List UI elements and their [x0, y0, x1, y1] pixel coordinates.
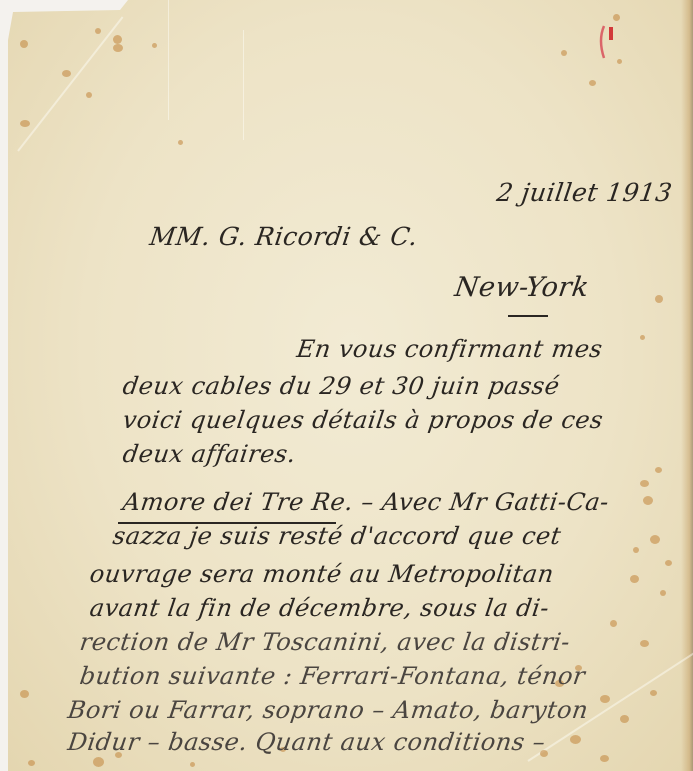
place-underline — [508, 315, 548, 317]
body-line-10: bution suivante : Ferrari-Fontana, ténor — [78, 662, 587, 690]
letter-addressee: MM. G. Ricordi & C. — [148, 222, 420, 251]
red-archive-mark-icon — [598, 22, 616, 62]
body-line-4: deux affaires. — [121, 440, 298, 468]
body-line-5-heading: Amore dei Tre Re. – Avec Mr Gatti-Ca- — [121, 488, 611, 516]
fold-crease — [17, 16, 123, 151]
fold-crease — [168, 0, 169, 120]
body-line-2: deux cables du 29 et 30 juin passé — [121, 372, 561, 400]
body-line-7: ouvrage sera monté au Metropolitan — [88, 560, 556, 588]
letter-date: 2 juillet 1913 — [495, 178, 674, 207]
body-line-12: Didur – basse. Quant aux conditions – — [66, 728, 547, 756]
body-line-6: sazza je suis resté d'accord que cet — [111, 522, 563, 550]
body-line-11: Bori ou Farrar, soprano – Amato, baryton — [66, 696, 590, 724]
letter-place: New-York — [453, 272, 591, 303]
body-line-8: avant la fin de décembre, sous la di- — [88, 594, 551, 622]
body-line-3: voici quelques détails à propos de ces — [121, 406, 605, 434]
body-line-1: En vous confirmant mes — [295, 335, 604, 363]
body-line-9: rection de Mr Toscanini, avec la distri- — [78, 628, 572, 656]
fold-crease — [243, 30, 244, 140]
